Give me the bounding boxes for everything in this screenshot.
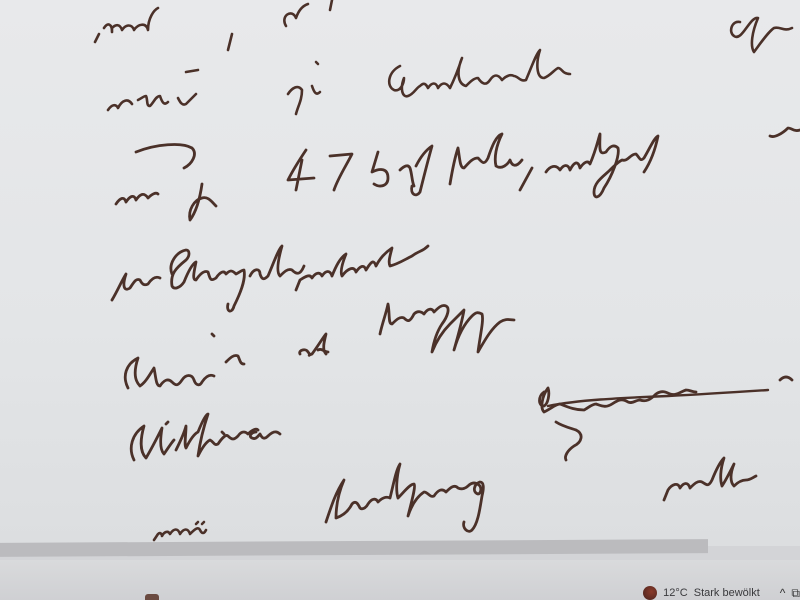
handwriting-line-6 — [131, 377, 792, 460]
chevron-up-icon[interactable]: ^ — [780, 586, 786, 600]
document-viewer[interactable]: ,ned, ... und zu Gemeindeentn ... auf 47… — [0, 0, 800, 548]
weather-temperature[interactable]: 12°C — [663, 587, 688, 599]
taskbar: 12°C Stark bewölkt ^ ⧉ — [0, 560, 800, 600]
weather-condition[interactable]: Stark bewölkt — [694, 587, 760, 599]
tablet-icon[interactable]: ⧉ — [791, 586, 800, 600]
handwriting-line-7 — [222, 432, 756, 531]
taskbar-app-icon[interactable] — [145, 594, 159, 600]
cloud-moon-icon[interactable] — [643, 586, 657, 600]
system-tray: 12°C Stark bewölkt ^ ⧉ — [643, 586, 800, 600]
handwriting-line-2 — [108, 18, 792, 114]
